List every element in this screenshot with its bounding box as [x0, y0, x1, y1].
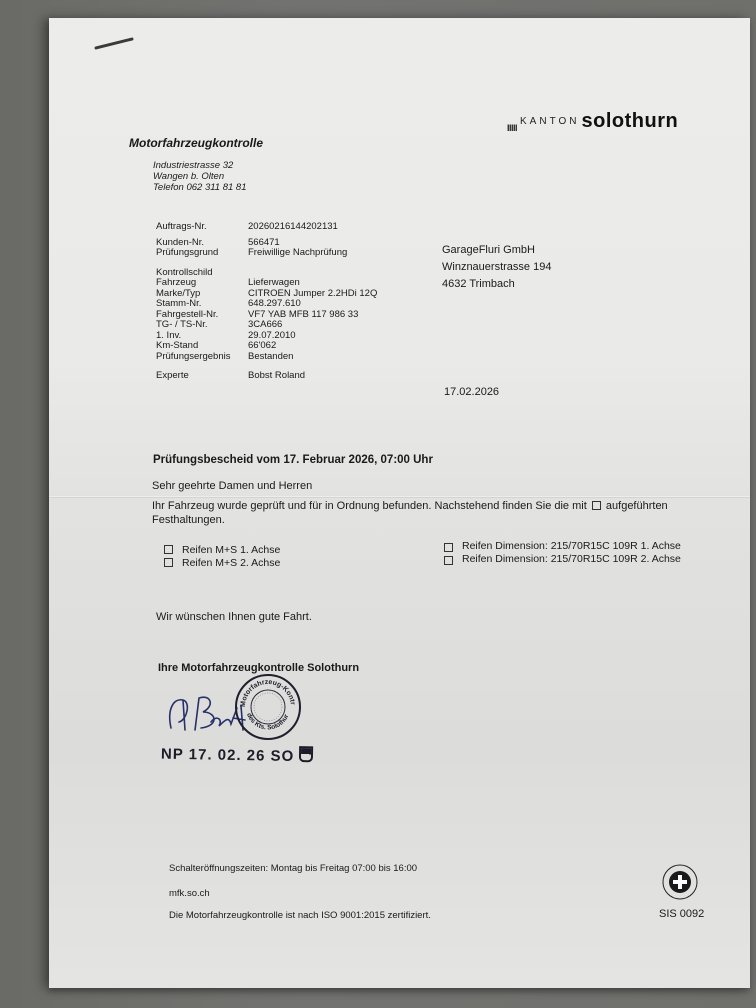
letter-date: 17.02.2026 — [444, 386, 499, 398]
inspection-fields: Auftrags-Nr.20260216144202131 Kunden-Nr.… — [156, 222, 377, 382]
wish-text: Wir wünschen Ihnen gute Fahrt. — [156, 611, 312, 623]
field-row: Auftrags-Nr.20260216144202131 — [156, 222, 377, 233]
logo-kanton: KANTON — [520, 116, 580, 127]
document-page: IIIII KANTON solothurn Motorfahrzeugkont… — [49, 18, 750, 988]
recipient-name: GarageFluri GmbH — [442, 242, 551, 259]
checklist-item: Reifen Dimension: 215/70R15C 109R 2. Ach… — [444, 553, 712, 566]
svg-text:Motorfahrzeug-Kontrolle: Motorfahrzeug-Kontrolle — [233, 672, 296, 707]
checkbox-icon — [164, 545, 173, 554]
field-row: ExperteBobst Roland — [156, 371, 377, 382]
recipient-city: 4632 Trimbach — [442, 276, 551, 293]
checkbox-icon — [444, 556, 453, 565]
checklist-right: Reifen Dimension: 215/70R15C 109R 1. Ach… — [444, 540, 712, 566]
cert-code: SIS 0092 — [659, 908, 704, 920]
sender-phone: Telefon 062 311 81 81 — [153, 182, 247, 193]
website-link[interactable]: mfk.so.ch — [169, 888, 210, 899]
letter-title: Prüfungsbescheid vom 17. Februar 2026, 0… — [153, 454, 433, 466]
checklist-item: Reifen M+S 2. Achse — [164, 557, 280, 570]
sender-street: Industriestrasse 32 — [153, 160, 247, 171]
recipient-address: GarageFluri GmbH Winznauerstrasse 194 46… — [442, 242, 551, 293]
checkbox-icon — [444, 543, 453, 552]
checklist-item: Reifen M+S 1. Achse — [164, 544, 280, 557]
sender-address: Industriestrasse 32 Wangen b. Olten Tele… — [153, 160, 247, 193]
staple — [94, 37, 134, 50]
recipient-street: Winznauerstrasse 194 — [442, 259, 551, 276]
letter-body: Ihr Fahrzeug wurde geprüft und für in Or… — [152, 499, 722, 527]
field-row: Stamm-Nr.648.297.610 — [156, 299, 377, 310]
logo-bars: IIIII — [507, 123, 517, 133]
field-row: PrüfungsergebnisBestanden — [156, 352, 377, 363]
kanton-solothurn-logo: IIIII KANTON solothurn — [507, 110, 678, 133]
field-row: TG- / TS-Nr.3CA666 — [156, 320, 377, 331]
checkbox-icon — [592, 501, 601, 510]
checklist-item: Reifen Dimension: 215/70R15C 109R 1. Ach… — [444, 540, 712, 553]
checklist-left: Reifen M+S 1. Achse Reifen M+S 2. Achse — [164, 544, 280, 570]
field-row: FahrzeugLieferwagen — [156, 278, 377, 289]
field-row: PrüfungsgrundFreiwillige Nachprüfung — [156, 248, 377, 259]
checkbox-icon — [164, 558, 173, 567]
swiss-accreditation-logo — [662, 864, 698, 900]
date-stamp: NP 17. 02. 26 SO — [161, 744, 314, 766]
coat-of-arms-icon — [299, 746, 313, 762]
greeting: Sehr geehrte Damen und Herren — [152, 480, 312, 492]
paper-fold — [49, 496, 750, 498]
official-seal-stamp: Motorfahrzeug-Kontrolle des Kts. Solothu… — [233, 672, 303, 742]
sender-name: Motorfahrzeugkontrolle — [129, 136, 263, 150]
logo-solothurn: solothurn — [582, 110, 679, 133]
opening-hours: Schalteröffnungszeiten: Montag bis Freit… — [169, 863, 417, 874]
certification-note: Die Motorfahrzeugkontrolle ist nach ISO … — [169, 910, 431, 921]
field-row: Km-Stand66'062 — [156, 341, 377, 352]
sender-city: Wangen b. Olten — [153, 171, 247, 182]
